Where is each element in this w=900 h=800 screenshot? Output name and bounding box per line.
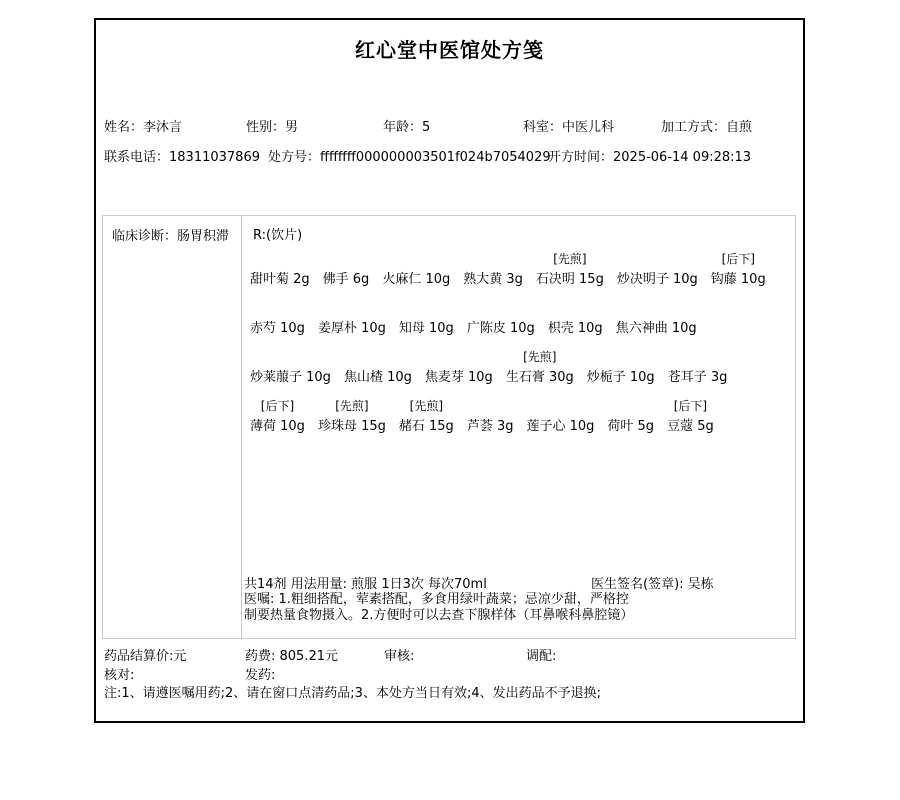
herb-name-qty: 荷叶 5g: [607, 416, 654, 437]
herb-name-qty: 生石膏 30g: [506, 367, 574, 388]
herb-item: 焦麦芽 10g: [425, 348, 493, 388]
decoction-tag: [587, 348, 655, 367]
herb-name-qty: 佛手 6g: [323, 269, 370, 290]
usage-line: 共14剂 用法用量: 煎服 1日3次 每次70ml: [244, 573, 487, 592]
herb-name-qty: 焦六神曲 10g: [616, 318, 697, 339]
decoction-tag: [607, 397, 654, 416]
prescription-body: 临床诊断：肠胃积滞 R:(饮片) 甜叶菊 2g 佛手 6g 火麻仁 10g 熟大…: [102, 215, 796, 639]
herb-name-qty: 莲子心 10g: [526, 416, 594, 437]
note-line: 注:1、请遵医嘱用药;2、请在窗口点清药品;3、本处方当日有效;4、发出药品不予…: [104, 686, 601, 702]
decoction-tag: [526, 397, 594, 416]
field-medicine-fee: 药费: 805.21元: [245, 649, 338, 665]
herb-item: 炒决明子 10g: [617, 250, 698, 290]
herb-item: [后下]薄荷 10g: [250, 397, 305, 437]
clinical-diagnosis: 临床诊断：肠胃积滞: [112, 225, 229, 244]
herb-item: 广陈皮 10g: [467, 299, 535, 339]
herb-name-qty: 知母 10g: [399, 318, 454, 339]
herb-item: [先煎]生石膏 30g: [506, 348, 574, 388]
herb-name-qty: 甜叶菊 2g: [250, 269, 310, 290]
field-prepare: 调配:: [526, 649, 556, 665]
herb-name-qty: 苍耳子 3g: [668, 367, 728, 388]
herb-name-qty: 石决明 15g: [536, 269, 604, 290]
field-check: 核对:: [104, 668, 134, 684]
herb-row: 赤芍 10g 姜厚朴 10g 知母 10g 广陈皮 10g 枳壳 10g 焦六神…: [250, 299, 793, 339]
decoction-tag: [250, 299, 305, 318]
decoction-tag: [先煎]: [399, 397, 454, 416]
rx-cell: R:(饮片) 甜叶菊 2g 佛手 6g 火麻仁 10g 熟大黄 3g[先煎]石决…: [242, 216, 795, 638]
decoction-tag: [先煎]: [506, 348, 574, 367]
herb-name-qty: 芦荟 3g: [467, 416, 514, 437]
herb-list: 甜叶菊 2g 佛手 6g 火麻仁 10g 熟大黄 3g[先煎]石决明 15g 炒…: [250, 250, 793, 446]
herb-item: 赤芍 10g: [250, 299, 305, 339]
decoction-tag: [344, 348, 412, 367]
rx-header: R:(饮片): [253, 224, 302, 243]
decoction-tag: [323, 250, 370, 269]
field-issue-time: 开方时间：2025-06-14 09:28:13: [548, 150, 751, 166]
field-department: 科室：中医儿科: [523, 120, 614, 136]
herb-item: [先煎]赭石 15g: [399, 397, 454, 437]
prescription-page: 红心堂中医馆处方笺 姓名：李沐言 性别：男 年龄：5 科室：中医儿科 加工方式：…: [0, 0, 900, 800]
herb-item: 芦荟 3g: [467, 397, 514, 437]
field-patient-name: 姓名：李沐言: [104, 120, 182, 136]
decoction-tag: [382, 250, 450, 269]
herb-item: 苍耳子 3g: [668, 348, 728, 388]
field-age: 年龄：5: [383, 120, 430, 136]
herb-name-qty: 焦麦芽 10g: [425, 367, 493, 388]
field-dispense: 发药:: [245, 668, 275, 684]
herb-item: [先煎]珍珠母 15g: [318, 397, 386, 437]
herb-item: [后下]钩藤 10g: [711, 250, 766, 290]
decoction-tag: [467, 299, 535, 318]
herb-name-qty: 豆蔻 5g: [667, 416, 714, 437]
page-title: 红心堂中医馆处方笺: [94, 34, 805, 63]
decoction-tag: [467, 397, 514, 416]
field-rx-number: 处方号：ffffffff000000003501f024b7054029: [268, 150, 551, 166]
decoction-tag: [399, 299, 454, 318]
decoction-tag: [250, 348, 331, 367]
decoction-tag: [548, 299, 603, 318]
herb-item: 甜叶菊 2g: [250, 250, 310, 290]
decoction-tag: [668, 348, 728, 367]
decoction-tag: [616, 299, 697, 318]
herb-name-qty: 广陈皮 10g: [467, 318, 535, 339]
herb-item: 炒莱菔子 10g: [250, 348, 331, 388]
herb-row: 炒莱菔子 10g 焦山楂 10g 焦麦芽 10g[先煎]生石膏 30g 炒栀子 …: [250, 348, 793, 388]
herb-item: 焦六神曲 10g: [616, 299, 697, 339]
decoction-tag: [250, 250, 310, 269]
herb-name-qty: 赭石 15g: [399, 416, 454, 437]
field-settlement-price: 药品结算价:元: [104, 649, 186, 665]
herb-name-qty: 赤芍 10g: [250, 318, 305, 339]
herb-item: 荷叶 5g: [607, 397, 654, 437]
herb-item: [先煎]石决明 15g: [536, 250, 604, 290]
herb-name-qty: 薄荷 10g: [250, 416, 305, 437]
doctor-signature: 医生签名(签章): 吴栋: [591, 573, 714, 592]
herb-item: 枳壳 10g: [548, 299, 603, 339]
herb-name-qty: 炒决明子 10g: [617, 269, 698, 290]
herb-item: 佛手 6g: [323, 250, 370, 290]
decoction-tag: [后下]: [250, 397, 305, 416]
herb-item: 火麻仁 10g: [382, 250, 450, 290]
decoction-tag: [先煎]: [536, 250, 604, 269]
herb-row: [后下]薄荷 10g[先煎]珍珠母 15g[先煎]赭石 15g 芦荟 3g 莲子…: [250, 397, 793, 437]
decoction-tag: [后下]: [667, 397, 714, 416]
field-phone: 联系电话：18311037869: [104, 150, 260, 166]
herb-item: 熟大黄 3g: [463, 250, 523, 290]
field-review: 审核:: [384, 649, 414, 665]
herb-item: [后下]豆蔻 5g: [667, 397, 714, 437]
herb-name-qty: 火麻仁 10g: [382, 269, 450, 290]
herb-item: 知母 10g: [399, 299, 454, 339]
herb-item: 炒栀子 10g: [587, 348, 655, 388]
herb-name-qty: 熟大黄 3g: [463, 269, 523, 290]
decoction-tag: [425, 348, 493, 367]
decoction-tag: [617, 250, 698, 269]
herb-name-qty: 枳壳 10g: [548, 318, 603, 339]
herb-name-qty: 姜厚朴 10g: [318, 318, 386, 339]
field-process-mode: 加工方式：自煎: [661, 120, 752, 136]
herb-name-qty: 焦山楂 10g: [344, 367, 412, 388]
herb-name-qty: 钩藤 10g: [711, 269, 766, 290]
herb-item: 莲子心 10g: [526, 397, 594, 437]
herb-item: 姜厚朴 10g: [318, 299, 386, 339]
herb-row: 甜叶菊 2g 佛手 6g 火麻仁 10g 熟大黄 3g[先煎]石决明 15g 炒…: [250, 250, 793, 290]
herb-name-qty: 珍珠母 15g: [318, 416, 386, 437]
decoction-tag: [463, 250, 523, 269]
decoction-tag: [先煎]: [318, 397, 386, 416]
herb-name-qty: 炒莱菔子 10g: [250, 367, 331, 388]
decoction-tag: [后下]: [711, 250, 766, 269]
field-gender: 性别：男: [246, 120, 298, 136]
medical-advice: 医嘱: 1.粗细搭配，荤素搭配，多食用绿叶蔬菜；忌凉少甜，严格控制要热量食物摄入…: [244, 592, 640, 624]
decoction-tag: [318, 299, 386, 318]
herb-name-qty: 炒栀子 10g: [587, 367, 655, 388]
herb-item: 焦山楂 10g: [344, 348, 412, 388]
